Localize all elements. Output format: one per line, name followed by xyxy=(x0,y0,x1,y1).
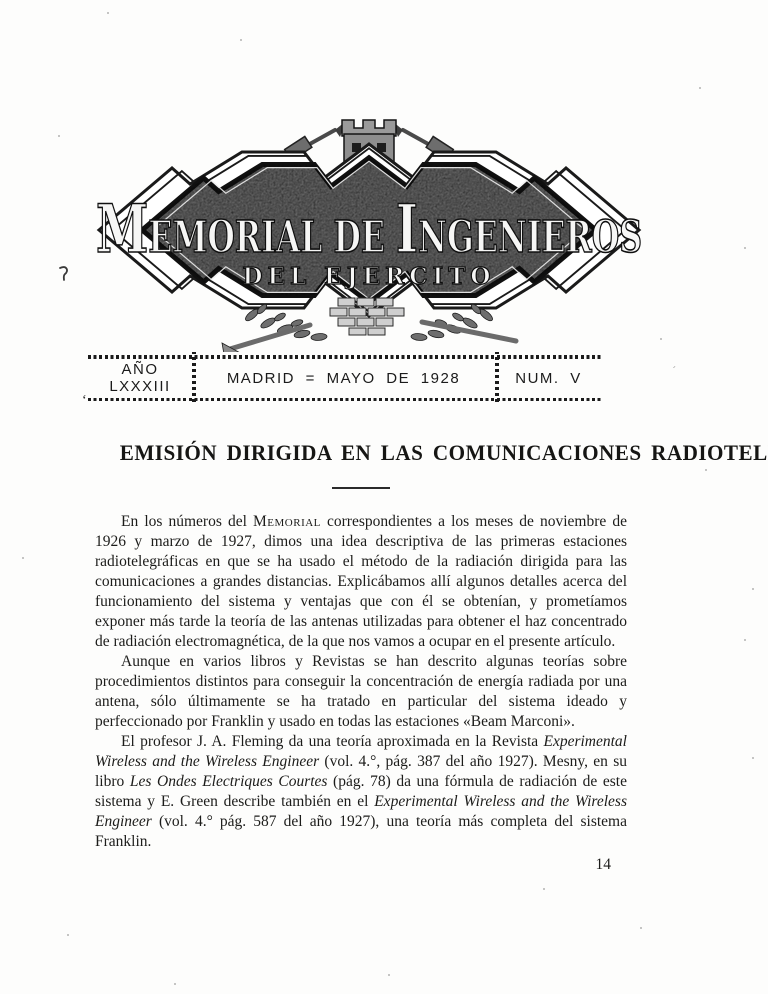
scan-speck xyxy=(388,974,390,976)
scan-speck xyxy=(58,135,60,137)
masthead-subtitle-text: DEL EJERCITO xyxy=(243,263,496,290)
pen-mark xyxy=(56,264,72,284)
issue-place-date-label: MADRID = MAYO DE 1928 xyxy=(192,370,495,387)
brick-wall-icon xyxy=(330,298,404,335)
issue-number-label: NUM. V xyxy=(495,370,602,387)
article-title: EMISIÓN DIRIGIDA EN LAS COMUNICACIONES R… xyxy=(95,440,627,489)
scan-speck xyxy=(640,927,642,929)
scan-speck xyxy=(705,469,707,471)
journal-scan-page: MEMORIAL DE INGENIEROS DEL EJERCITO AÑO … xyxy=(0,0,768,994)
scan-speck xyxy=(752,588,754,590)
paragraph-1: En los números del Memorial correspondie… xyxy=(95,512,627,652)
scan-speck xyxy=(240,39,242,41)
scan-speck xyxy=(752,757,754,759)
scan-tick-mark: ‘ xyxy=(82,393,87,409)
scan-speck xyxy=(699,87,701,89)
title-rule xyxy=(332,487,390,489)
issue-bar: AÑO LXXXIII MADRID = MAYO DE 1928 NUM. V… xyxy=(88,355,602,401)
scan-speck xyxy=(543,888,545,890)
dotted-rule-bottom xyxy=(88,398,602,402)
scan-speck xyxy=(660,338,662,340)
scan-speck xyxy=(22,557,24,559)
paragraph-3: El profesor J. A. Fleming da una teoría … xyxy=(95,732,627,852)
scan-speck xyxy=(107,12,109,14)
paragraph-2: Aunque en varios libros y Revistas se ha… xyxy=(95,652,627,732)
page-number: 14 xyxy=(95,856,627,874)
masthead-engraving: MEMORIAL DE INGENIEROS DEL EJERCITO xyxy=(92,112,652,352)
scan-speck xyxy=(744,639,746,641)
scan-tick-mark: ´ xyxy=(672,365,676,377)
scan-speck xyxy=(744,247,746,249)
scan-speck xyxy=(67,934,69,936)
article-body: En los números del Memorial correspondie… xyxy=(95,512,627,852)
issue-year-label: AÑO LXXXIII xyxy=(88,361,192,395)
scan-speck xyxy=(174,983,176,985)
